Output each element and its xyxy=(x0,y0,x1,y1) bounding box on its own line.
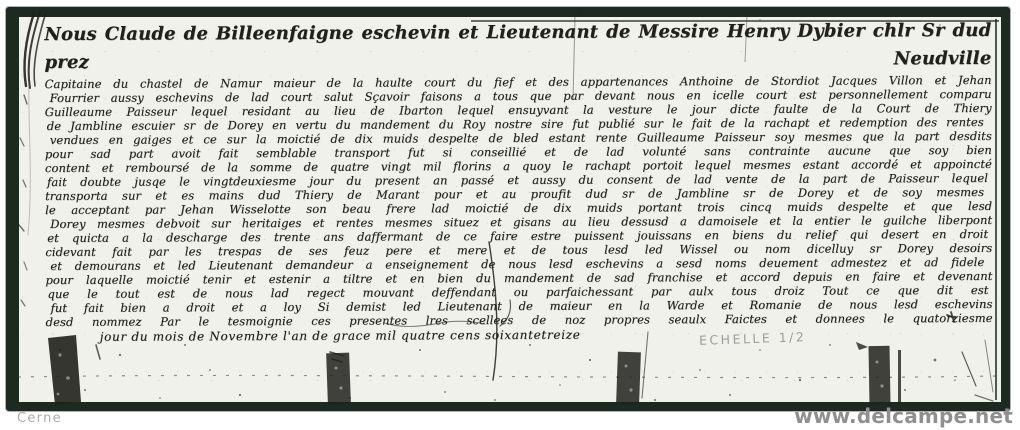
manuscript-scan[interactable]: Nous Claude de Billeenfaigne eschevin et… xyxy=(6,7,1010,411)
parchment: Nous Claude de Billeenfaigne eschevin et… xyxy=(19,17,1001,402)
manuscript-closing-line: jour du mois de Novembre l'an de grace m… xyxy=(100,325,993,345)
page: { "scan": { "frame_color": "#1c2a22", "p… xyxy=(0,0,1020,430)
delcampe-watermark: www.delcampe.net xyxy=(794,404,1013,428)
frame-inner-line-right xyxy=(995,19,997,400)
manuscript-text: Nous Claude de Billeenfaigne eschevin et… xyxy=(44,17,992,345)
manuscript-opening-line: Nous Claude de Billeenfaigne eschevin et… xyxy=(44,17,991,77)
image-caption: Cerne xyxy=(17,411,62,426)
